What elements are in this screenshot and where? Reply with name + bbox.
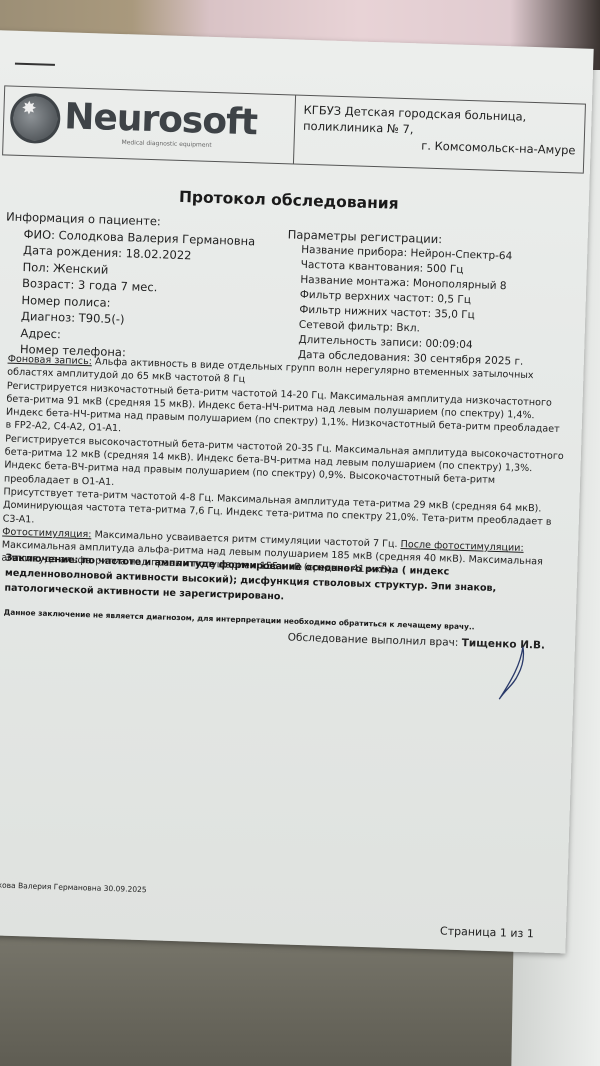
after-photo-label: После фотостимуляции: (400, 539, 523, 554)
star-icon: ✸ (21, 98, 37, 119)
findings: Фоновая запись: Альфа активность в виде … (1, 353, 567, 583)
pen-mark (15, 63, 55, 66)
logo-subtitle: Medical diagnostic equipment (121, 139, 211, 149)
disclaimer: Данное заключение не является диагнозом,… (4, 608, 475, 632)
photo-label: Фотостимуляция: (2, 526, 92, 540)
signature-icon (491, 644, 533, 705)
doctor-label: Обследование выполнил врач: (288, 632, 462, 649)
document-page: ✸ Neurosoft Medical diagnostic equipment… (0, 30, 594, 953)
logo-block: ✸ Neurosoft Medical diagnostic equipment (3, 86, 296, 163)
page-number: Страница 1 из 1 (440, 924, 534, 940)
logo-text: Neurosoft (64, 96, 258, 143)
registration-params: Параметры регистрации: Название прибора:… (284, 227, 528, 369)
clinic-info: КГБУЗ Детская городская больница, поликл… (294, 96, 585, 173)
footer-patient-date: Солодкова Валерия Германовна 30.09.2025 (0, 880, 147, 894)
patient-info: Информация о пациенте: ФИО: Солодкова Ва… (2, 208, 256, 364)
background-label: Фоновая запись: (7, 354, 92, 368)
document-header: ✸ Neurosoft Medical diagnostic equipment… (2, 85, 586, 173)
